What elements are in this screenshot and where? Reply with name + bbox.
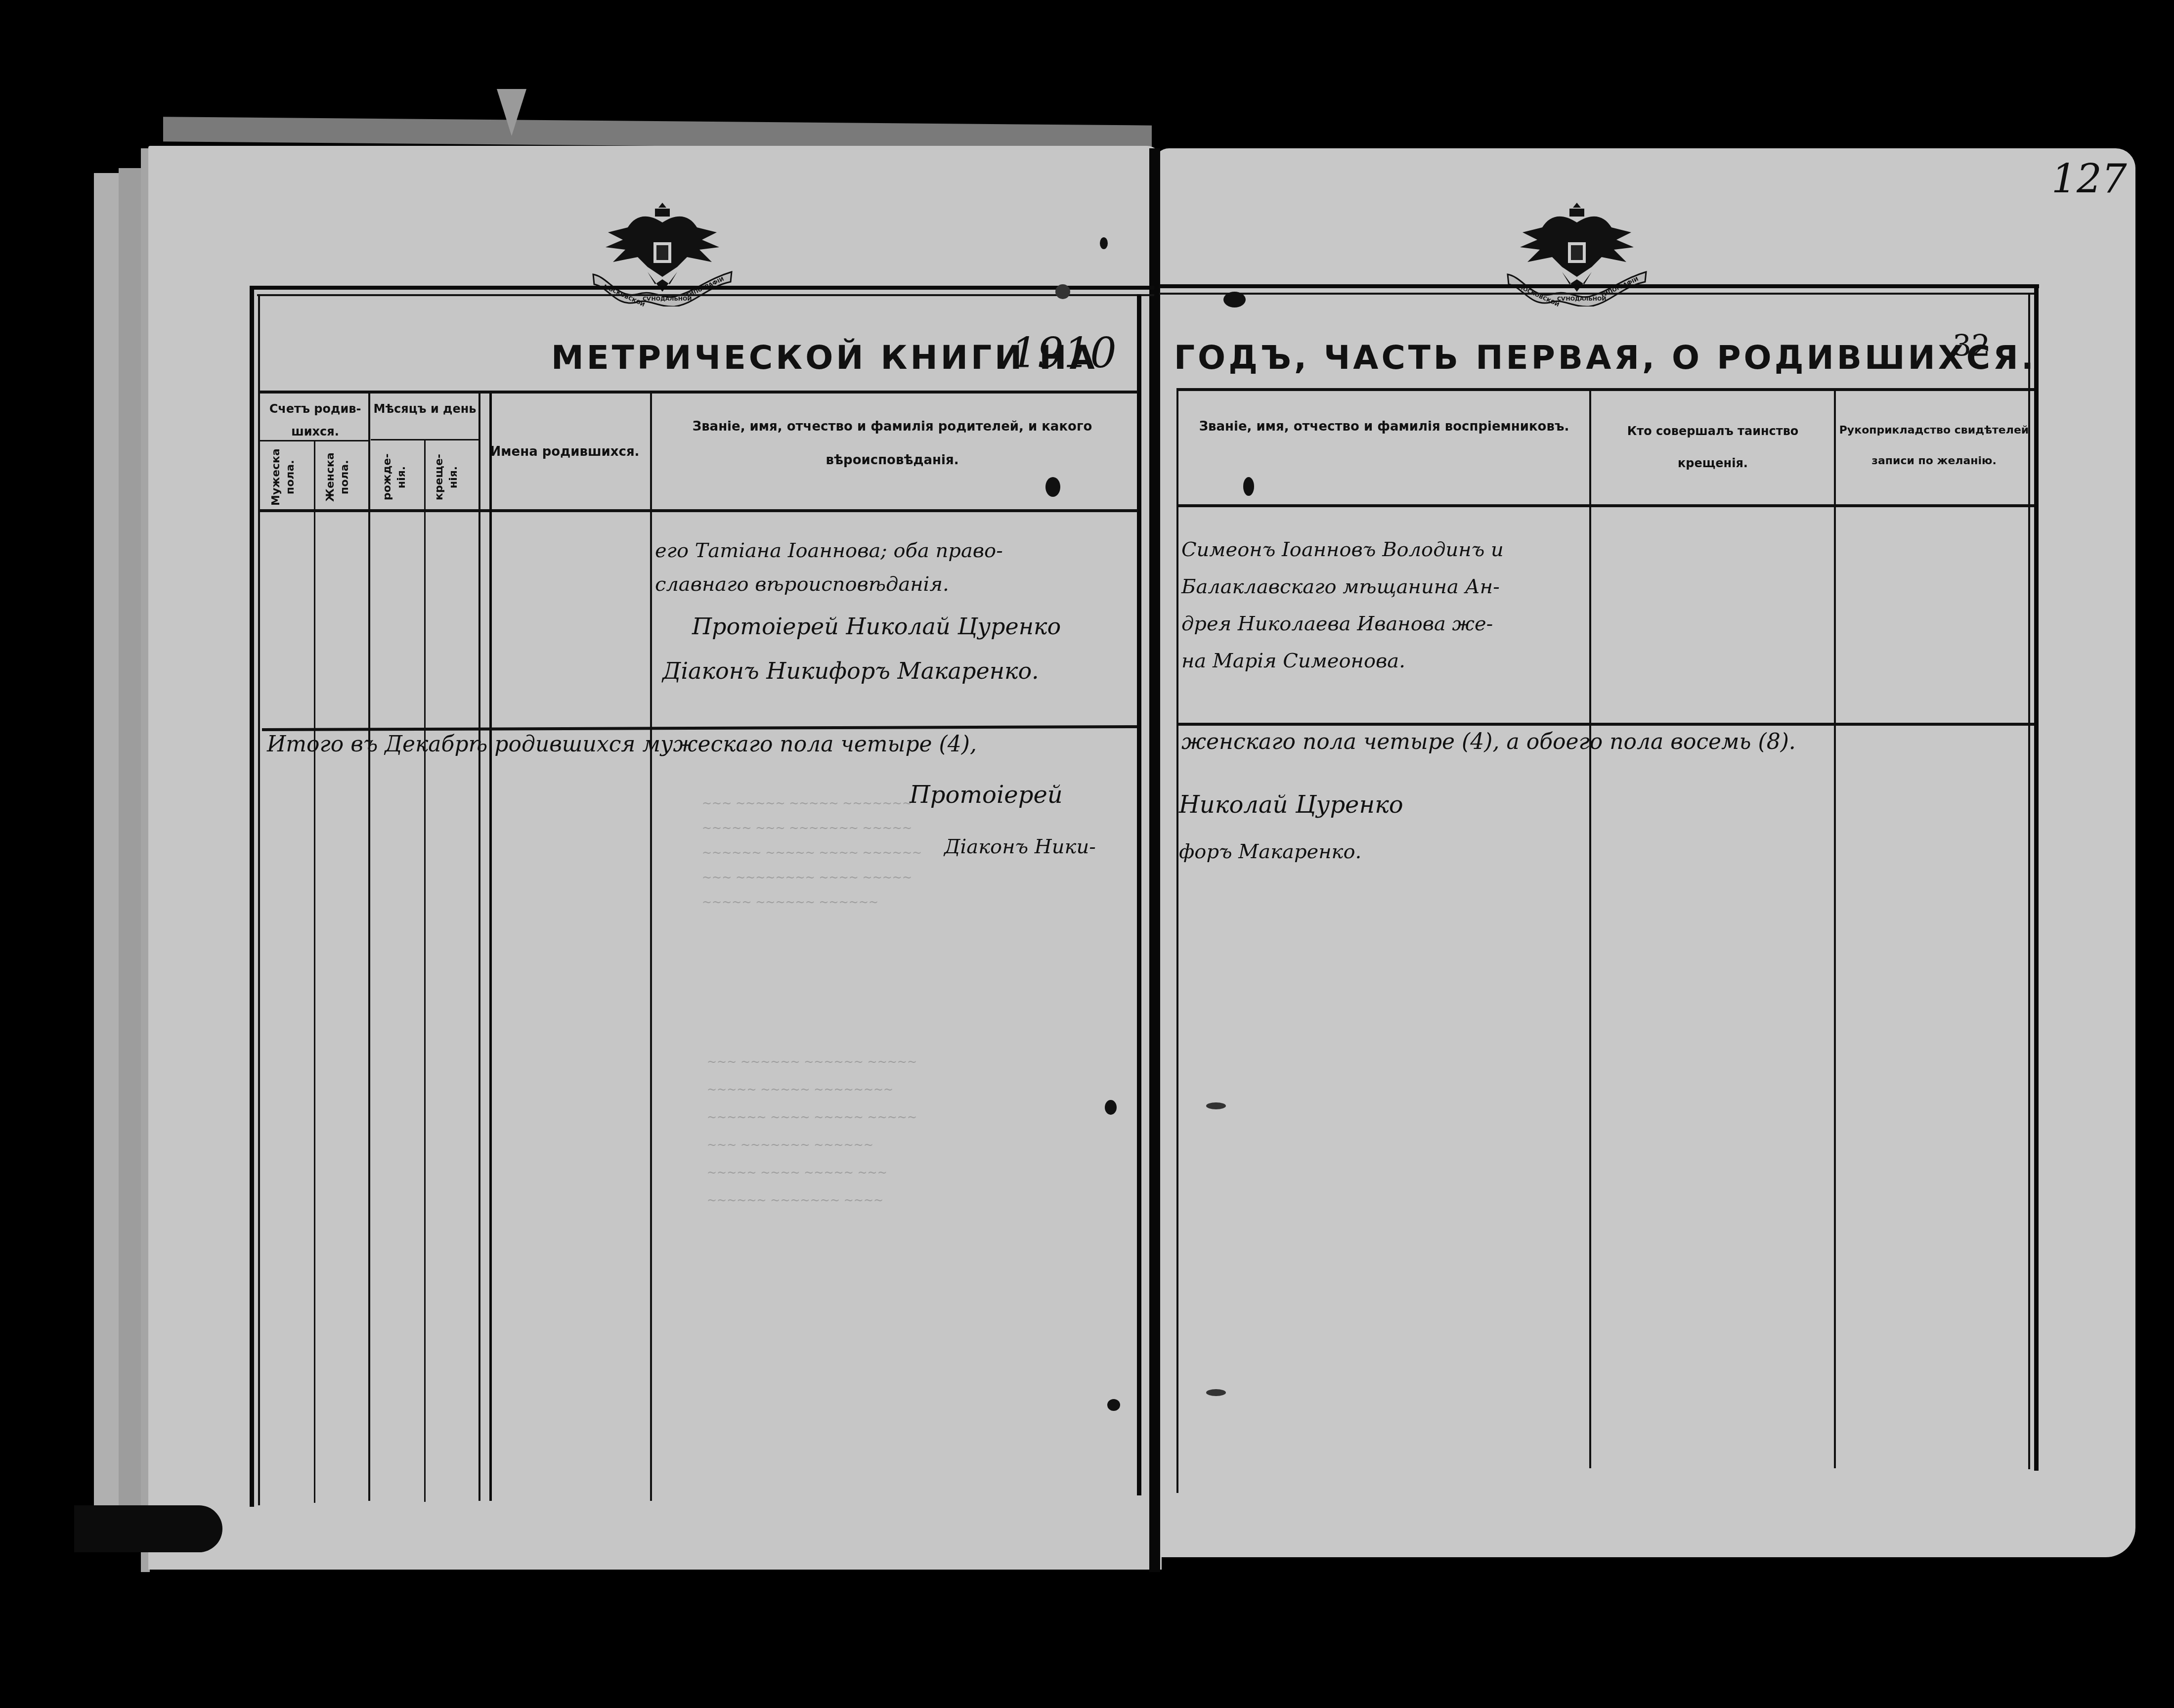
- col-header-parents: Званіе, имя, отчество и фамилія родителе…: [655, 410, 1130, 477]
- bleed-through-text: ~~~ ~~~~~ ~~~~~ ~~~~~~~~~~~~ ~~~ ~~~~~~~…: [702, 791, 922, 915]
- header-bottom-rule: [258, 509, 1138, 512]
- book-gutter: [1149, 148, 1160, 1572]
- frame-gutter-border: [1176, 391, 1178, 1493]
- ink-stain: [1045, 477, 1060, 497]
- col-header-male: Мужеска пола.: [269, 447, 298, 507]
- frame-left-border: [258, 294, 260, 1505]
- frame-right-border: [2034, 284, 2039, 1471]
- signature-deacon: Діаконъ Никифоръ Макаренко.: [662, 657, 1039, 684]
- page-stack-edge: [119, 168, 141, 1523]
- col-header-godparents: Званіе, имя, отчество и фамилія воспріем…: [1186, 410, 1582, 444]
- page-number: 32: [1953, 329, 1990, 363]
- col-header-witnesses: Рукоприкладство свидѣтелей записи по жел…: [1839, 415, 2029, 476]
- entry-parents-line: славнаго вѣроисповѣданія.: [655, 568, 1003, 601]
- header-bottom-rule: [1176, 504, 2034, 507]
- col-header-birth: рожде-нія.: [381, 447, 409, 507]
- frame-top-rule: [257, 294, 1154, 296]
- summary-right: женскаго пола четыре (4), а обоего пола …: [1181, 729, 1796, 754]
- column-divider: [1834, 391, 1836, 1468]
- header-top-rule: [258, 391, 1138, 394]
- column-divider: [314, 440, 315, 1503]
- row-rule: [1176, 723, 2034, 726]
- svg-text:СѴНОДАЛЬНОЙ: СѴНОДАЛЬНОЙ: [1557, 296, 1607, 302]
- bleed-through-text: ~~~ ~~~~~~ ~~~~~~ ~~~~~~~~~~ ~~~~~ ~~~~~…: [707, 1048, 917, 1214]
- frame-top-rule: [1159, 284, 2039, 288]
- signature-priest: Протоіерей Николай Цуренко: [692, 613, 1061, 640]
- frame-top-rule: [1159, 293, 2034, 295]
- entry-godparents-line: Балаклавскаго мѣщанина Ан-: [1181, 569, 1504, 606]
- entry-parents-line: его Татіана Іоаннова; оба право-: [655, 534, 1003, 568]
- svg-text:СѴНОДАЛЬНОЙ: СѴНОДАЛЬНОЙ: [643, 296, 692, 302]
- header-top-rule: [1176, 388, 2034, 391]
- column-divider: [478, 394, 480, 1501]
- page-stack-edge: [94, 173, 119, 1508]
- title-right: ГОДЪ, ЧАСТЬ ПЕРВАЯ, О РОДИВШИХСЯ.: [1174, 339, 2037, 377]
- page-top-edge: [163, 117, 1152, 150]
- entry-godparents-line: Симеонъ Іоанновъ Володинъ и: [1181, 531, 1504, 569]
- summary-signature-deacon-left: Діаконъ Ники-: [944, 835, 1096, 858]
- emblem-left: МОСКОВСКОЙ СѴНОДАЛЬНОЙ ТИПОГРАФІИ: [588, 193, 737, 308]
- double-headed-eagle-icon: МОСКОВСКОЙ СѴНОДАЛЬНОЙ ТИПОГРАФІИ: [1503, 193, 1651, 307]
- ink-stain: [1206, 1389, 1226, 1396]
- summary-left: Итого въ Декабрѣ родившихся мужескаго по…: [267, 732, 977, 757]
- ink-stain: [1243, 477, 1254, 496]
- entry-godparents-line: дрея Николаева Иванова же-: [1181, 606, 1504, 643]
- entry-parents: его Татіана Іоаннова; оба право- славнаг…: [655, 534, 1003, 601]
- column-divider: [489, 394, 492, 1501]
- title-year: 1910: [1011, 329, 1117, 377]
- col-header-female: Женска пола.: [324, 447, 352, 507]
- column-divider: [1589, 391, 1591, 1468]
- frame-top-rule: [250, 286, 1154, 290]
- ink-stain: [1206, 1102, 1226, 1109]
- binding-hole: [1105, 1100, 1117, 1115]
- column-divider: [650, 394, 652, 1501]
- column-divider: [424, 439, 426, 1502]
- col-header-count: Счетъ родив-шихся.: [262, 398, 368, 443]
- ink-stain: [1223, 292, 1246, 307]
- entry-godparents-line: на Марія Симеонова.: [1181, 643, 1504, 680]
- binder-clip: [74, 1505, 222, 1552]
- emblem-right: МОСКОВСКОЙ СѴНОДАЛЬНОЙ ТИПОГРАФІИ: [1503, 193, 1651, 308]
- summary-signature-deacon-right: форъ Макаренко.: [1179, 840, 1361, 863]
- paper-tab: [497, 89, 526, 136]
- ink-stain: [1055, 284, 1070, 299]
- col-header-baptism: крещe-нія.: [433, 447, 461, 507]
- folio-number: 127: [2051, 156, 2127, 202]
- summary-signature-priest-left: Протоіерей: [910, 781, 1063, 809]
- summary-signature-priest-right: Николай Цуренко: [1179, 791, 1403, 819]
- column-divider: [368, 394, 370, 1501]
- col-header-officiant: Кто совершалъ таинство крещенія.: [1594, 415, 1831, 480]
- frame-left-border: [250, 286, 254, 1507]
- frame-gutter-border: [1137, 294, 1141, 1495]
- col-header-names: Имена родившихся.: [482, 440, 648, 464]
- binding-hole: [1100, 237, 1108, 249]
- col-header-date: Мѣсяцъ и день: [372, 398, 478, 421]
- binding-hole: [1107, 1399, 1120, 1411]
- entry-godparents: Симеонъ Іоанновъ Володинъ и Балаклавскаг…: [1181, 531, 1504, 680]
